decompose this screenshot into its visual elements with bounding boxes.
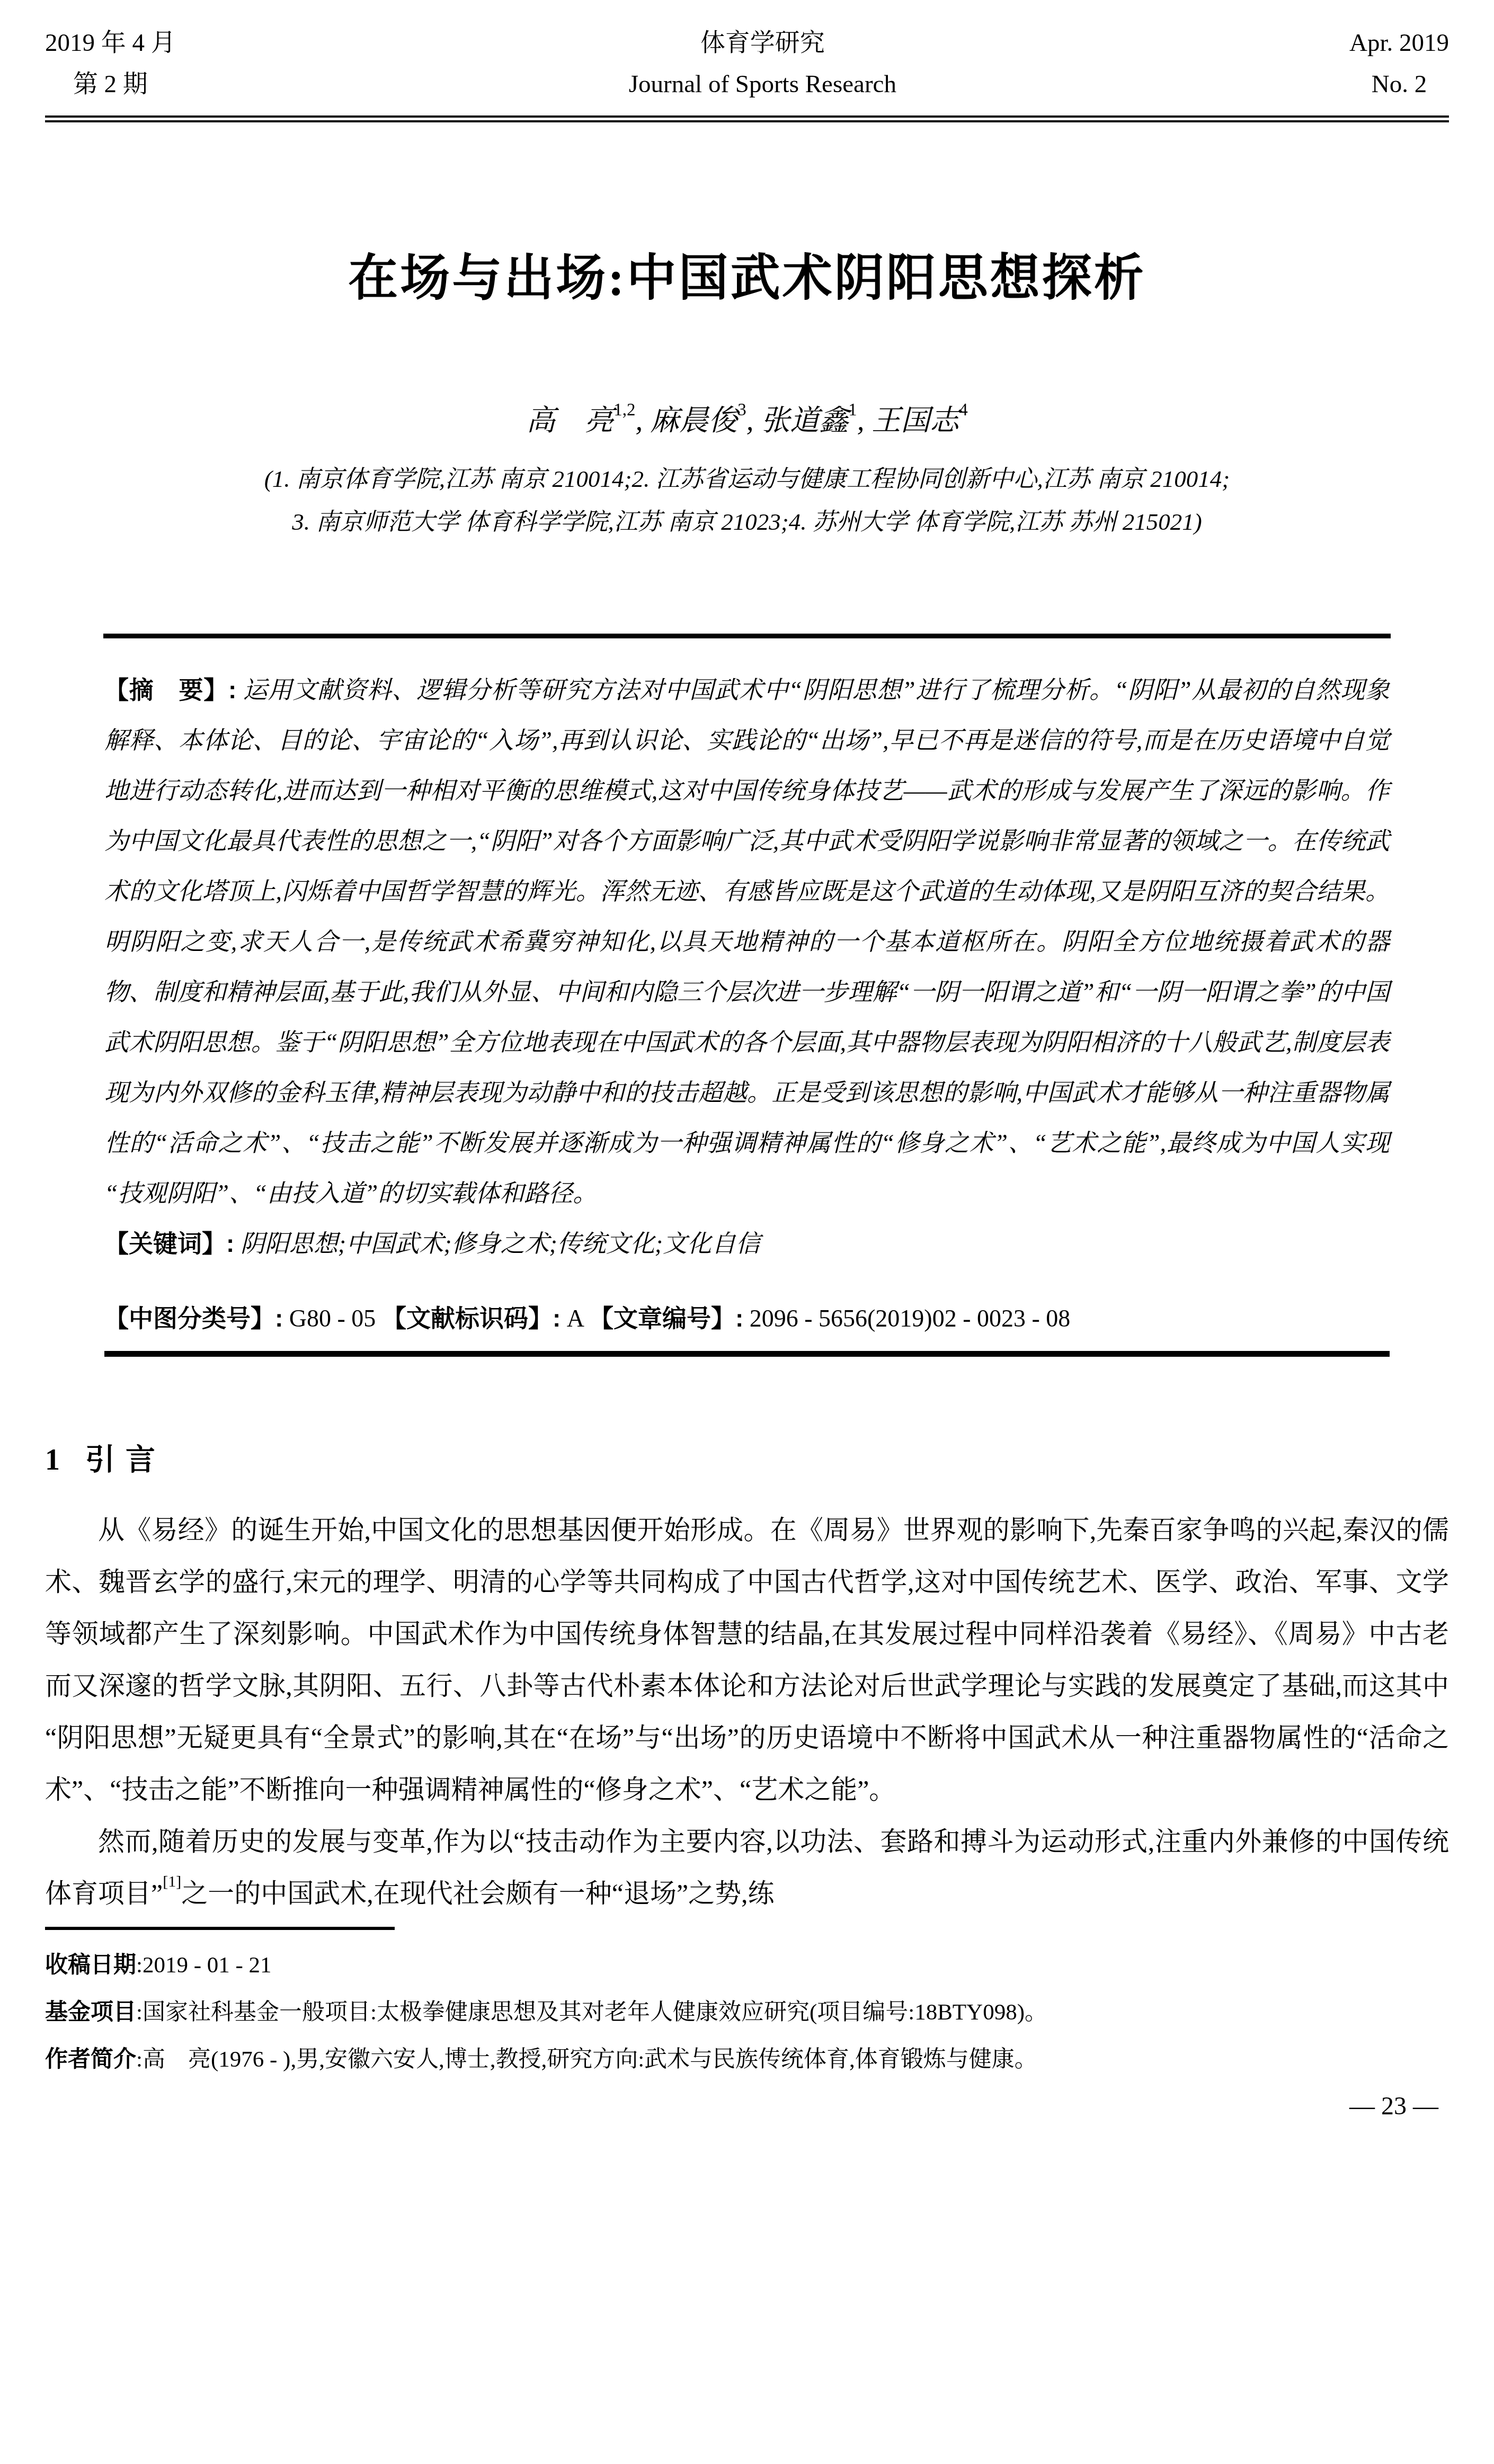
author-name: 麻晨俊 bbox=[650, 404, 737, 437]
abstract-label: 【摘 要】: bbox=[104, 676, 236, 704]
footnote-row-funding: 基金项目:国家社科基金一般项目:太极拳健康思想及其对老年人健康效应研究(项目编号… bbox=[45, 1989, 1449, 2036]
header-issue-no-en: No. 2 bbox=[1349, 64, 1449, 105]
footnote-text: :国家社科基金一般项目:太极拳健康思想及其对老年人健康效应研究(项目编号:18B… bbox=[136, 2000, 1047, 2025]
author-superscript: 3 bbox=[737, 401, 746, 420]
abstract-text: 运用文献资料、逻辑分析等研究方法对中国武术中“阴阳思想”进行了梳理分析。“阴阳”… bbox=[104, 677, 1390, 1207]
author-superscript: 4 bbox=[959, 401, 968, 420]
header-right: Apr. 2019 No. 2 bbox=[1349, 22, 1449, 105]
journal-page: 2019 年 4 月 第 2 期 体育学研究 Journal of Sports… bbox=[0, 0, 1494, 2464]
header-issue-no-cn: 第 2 期 bbox=[45, 64, 176, 105]
abstract-paragraph: 【摘 要】: 运用文献资料、逻辑分析等研究方法对中国武术中“阴阳思想”进行了梳理… bbox=[104, 665, 1390, 1218]
section-title: 引言 bbox=[85, 1443, 166, 1476]
paragraph2-text-after: 之一的中国武术,在现代社会颇有一种“退场”之势,练 bbox=[181, 1879, 774, 1908]
author-1: 高 亮1,2, bbox=[526, 404, 643, 437]
body-paragraph-1: 从《易经》的诞生开始,中国文化的思想基因便开始形成。在《周易》世界观的影响下,先… bbox=[45, 1504, 1449, 1816]
author-name: 高 亮 bbox=[526, 404, 613, 437]
keywords-text: 阴阳思想;中国武术;修身之术;传统文化;文化自信 bbox=[241, 1230, 760, 1257]
keywords-line: 【关键词】: 阴阳思想;中国武术;修身之术;传统文化;文化自信 bbox=[104, 1218, 1390, 1269]
article-id-value: 2096 - 5656(2019)02 - 0023 - 08 bbox=[750, 1305, 1071, 1332]
footnote-row-author-bio: 作者简介:高 亮(1976 - ),男,安徽六安人,博士,教授,研究方向:武术与… bbox=[45, 2036, 1449, 2083]
article-title: 在场与出场:中国武术阴阳思想探析 bbox=[45, 238, 1449, 309]
footnote-block: 收稿日期:2019 - 01 - 21 基金项目:国家社科基金一般项目:太极拳健… bbox=[45, 1942, 1449, 2083]
authors-line: 高 亮1,2, 麻晨俊3, 张道鑫1, 王国志4 bbox=[45, 397, 1449, 439]
section-divider-rule bbox=[104, 1351, 1390, 1357]
footnote-text: :高 亮(1976 - ),男,安徽六安人,博士,教授,研究方向:武术与民族传统… bbox=[136, 2047, 1037, 2072]
author-superscript: 1 bbox=[848, 401, 857, 420]
abstract-block: 【摘 要】: 运用文献资料、逻辑分析等研究方法对中国武术中“阴阳思想”进行了梳理… bbox=[104, 665, 1390, 1269]
header-issue-date-en: Apr. 2019 bbox=[1349, 22, 1449, 64]
footnote-row-received-date: 收稿日期:2019 - 01 - 21 bbox=[45, 1942, 1449, 1989]
footnote-divider-rule bbox=[45, 1927, 395, 1930]
footnote-text: :2019 - 01 - 21 bbox=[136, 1953, 272, 1978]
author-4: 王国志4 bbox=[872, 404, 968, 437]
affiliation-line-1: (1. 南京体育学院,江苏 南京 210014;2. 江苏省运动与健康工程协同创… bbox=[45, 458, 1449, 501]
journal-header: 2019 年 4 月 第 2 期 体育学研究 Journal of Sports… bbox=[45, 22, 1449, 105]
keywords-label: 【关键词】: bbox=[104, 1230, 234, 1257]
author-name: 王国志 bbox=[872, 404, 959, 437]
author-2: 麻晨俊3, bbox=[650, 404, 753, 437]
journal-name-en: Journal of Sports Research bbox=[176, 64, 1349, 105]
header-double-rule bbox=[45, 115, 1449, 122]
author-superscript: 1,2 bbox=[613, 401, 635, 420]
footnote-label: 作者简介 bbox=[45, 2047, 136, 2072]
author-separator: , bbox=[636, 404, 643, 437]
author-3: 张道鑫1, bbox=[761, 404, 864, 437]
section-number: 1 bbox=[45, 1444, 60, 1476]
body-paragraph-2: 然而,随着历史的发展与变革,作为以“技击动作为主要内容,以功法、套路和搏斗为运动… bbox=[45, 1816, 1449, 1919]
author-name: 张道鑫 bbox=[761, 404, 848, 437]
journal-name-cn: 体育学研究 bbox=[176, 22, 1349, 64]
header-left: 2019 年 4 月 第 2 期 bbox=[45, 22, 176, 105]
author-separator: , bbox=[746, 404, 754, 437]
abstract-top-rule bbox=[103, 634, 1391, 638]
author-separator: , bbox=[857, 404, 865, 437]
footnote-label: 基金项目 bbox=[45, 1999, 136, 2025]
header-center: 体育学研究 Journal of Sports Research bbox=[176, 22, 1349, 105]
affiliations: (1. 南京体育学院,江苏 南京 210014;2. 江苏省运动与健康工程协同创… bbox=[45, 458, 1449, 544]
doc-code-value: A bbox=[567, 1305, 583, 1332]
page-number: — 23 — bbox=[45, 2092, 1449, 2121]
header-issue-date-cn: 2019 年 4 月 bbox=[45, 22, 176, 64]
section-heading: 1引言 bbox=[45, 1436, 1449, 1479]
classification-line: 【中图分类号】: G80 - 05 【文献标识码】: A 【文章编号】: 209… bbox=[104, 1293, 1390, 1344]
doc-code-label: 【文献标识码】: bbox=[382, 1304, 561, 1332]
affiliation-line-2: 3. 南京师范大学 体育科学学院,江苏 南京 21023;4. 苏州大学 体育学… bbox=[45, 501, 1449, 544]
clc-value: G80 - 05 bbox=[289, 1305, 376, 1332]
article-id-label: 【文章编号】: bbox=[589, 1304, 743, 1332]
clc-label: 【中图分类号】: bbox=[104, 1304, 283, 1332]
footnote-reference-sup: [1] bbox=[163, 1873, 181, 1890]
footnote-label: 收稿日期 bbox=[45, 1952, 136, 1978]
